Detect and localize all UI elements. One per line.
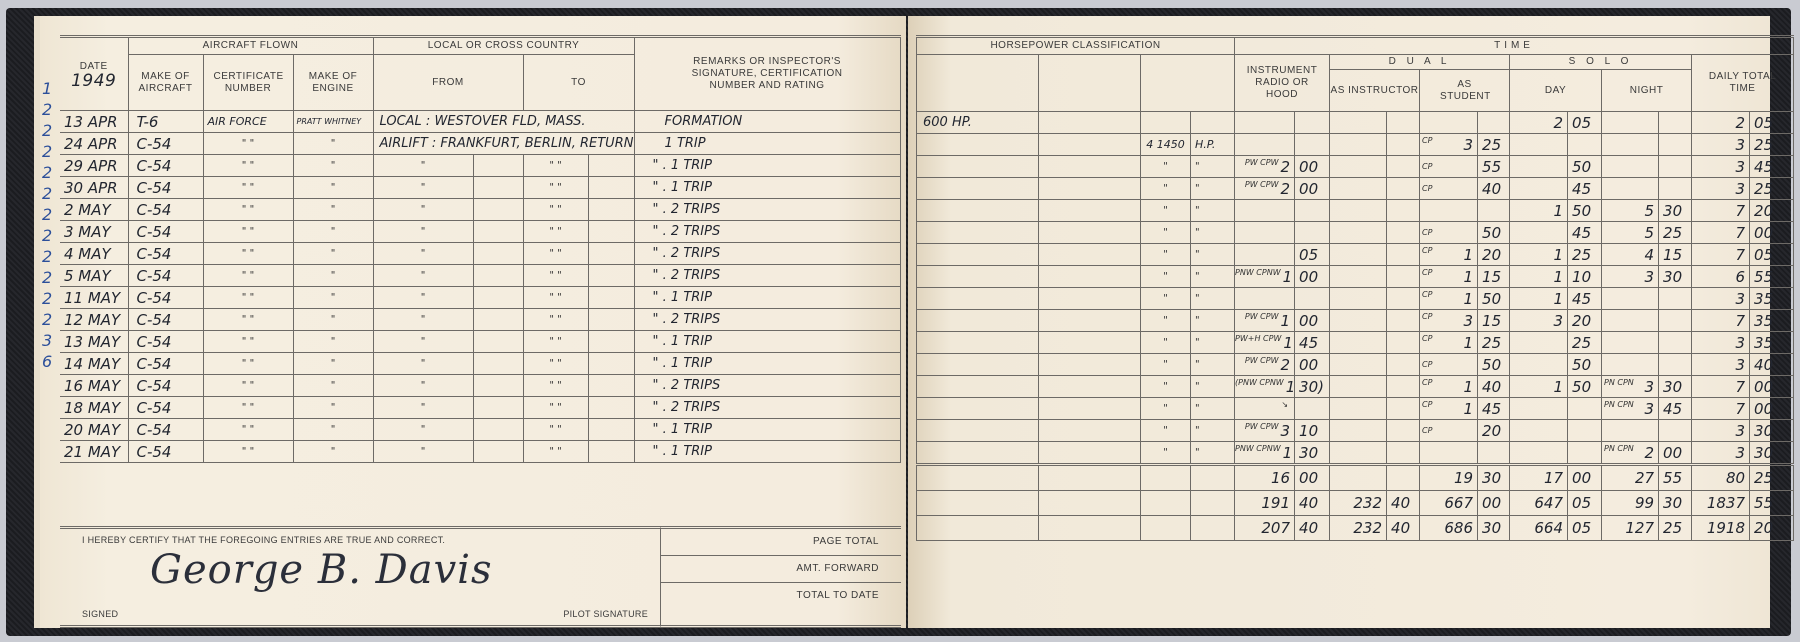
page-total-row: 16001930170027558025 (917, 465, 1794, 491)
total-instructor-minutes: 40 (1387, 491, 1420, 516)
margin-mark: 2 (42, 99, 58, 120)
grand-total-minutes: 20 (1750, 516, 1794, 541)
solo-day-minutes: 45 (1568, 222, 1602, 244)
daily-total-hours: 7 (1692, 310, 1750, 332)
total-student-hours: 19 (1420, 465, 1478, 491)
instructor-minutes (1387, 376, 1420, 398)
total-night-hours: 99 (1602, 491, 1659, 516)
instructor-minutes (1387, 420, 1420, 442)
time-row: ""PNW CPNW130PN CPN200330 (917, 442, 1794, 465)
daily-total-hours: 3 (1692, 354, 1750, 376)
total-instructor-hours: 232 (1330, 491, 1387, 516)
daily-total-minutes: 35 (1750, 288, 1794, 310)
hp-class-2: " (1141, 398, 1191, 420)
from-cell: " (373, 243, 473, 265)
to-cell: " " (523, 155, 588, 177)
instrument-minutes: 00 (1295, 266, 1330, 288)
student-hours: CP1 (1420, 288, 1478, 310)
right-page: HORSEPOWER CLASSIFICATION TIME INSTRUMEN… (908, 16, 1770, 628)
solo-day-minutes (1568, 134, 1602, 156)
student-hours: CP1 (1420, 376, 1478, 398)
student-minutes: 25 (1478, 332, 1510, 354)
to-cell: " " (523, 397, 588, 419)
remarks-cell: FORMATION (634, 111, 900, 133)
total-day-hours: 17 (1510, 465, 1568, 491)
instructor-hours (1330, 112, 1387, 134)
aircraft-cell: C-54 (128, 287, 203, 309)
total-instructor-hours: 232 (1330, 516, 1387, 541)
to-cell: " " (523, 199, 588, 221)
solo-day-hours (1510, 156, 1568, 178)
date-cell: 4 MAY (60, 243, 128, 265)
date-cell: 20 MAY (60, 419, 128, 441)
hp-class-3: " (1191, 288, 1235, 310)
hp-class-1 (917, 200, 1039, 222)
to-cell: " " (523, 221, 588, 243)
margin-mark: 3 (42, 330, 58, 351)
hp-class-2: 4 1450 (1141, 134, 1191, 156)
hp-class-2 (1141, 112, 1191, 134)
to-cell: " " (523, 243, 588, 265)
hp-class-1 (917, 244, 1039, 266)
instrument-hours: ↘ (1235, 398, 1295, 420)
instrument-hours (1235, 222, 1295, 244)
instrument-minutes: 30 (1295, 442, 1330, 465)
solo-day-hours: 1 (1510, 244, 1568, 266)
daily-total-minutes: 00 (1750, 222, 1794, 244)
student-minutes: 20 (1478, 420, 1510, 442)
total-instructor-hours (1330, 465, 1387, 491)
make-of-engine-header: MAKE OF ENGINE (293, 55, 373, 111)
time-row: ""PW CPW200CP5050340 (917, 354, 1794, 376)
engine-cell: " (293, 353, 373, 375)
student-minutes: 50 (1478, 354, 1510, 376)
engine-cell: " (293, 177, 373, 199)
remarks-cell: " . 1 TRIP (634, 155, 900, 177)
from-cell: " (373, 419, 473, 441)
aircraft-cell: C-54 (128, 419, 203, 441)
solo-day-hours (1510, 398, 1568, 420)
to-cell: " " (523, 419, 588, 441)
date-cell: 14 MAY (60, 353, 128, 375)
aircraft-cell: C-54 (128, 243, 203, 265)
horsepower-header: HORSEPOWER CLASSIFICATION (917, 37, 1235, 55)
daily-total-hours: 3 (1692, 442, 1750, 465)
solo-night-minutes: 15 (1659, 244, 1692, 266)
hp-class-1 (917, 332, 1039, 354)
instrument-hours: PW CPW2 (1235, 178, 1295, 200)
solo-night-hours: PN CPN2 (1602, 442, 1659, 465)
from-cell: " (373, 331, 473, 353)
daily-total-minutes: 25 (1750, 134, 1794, 156)
log-row: 30 APRC-54" """" "" . 1 TRIP (60, 177, 900, 199)
time-row: ""PW+H CPW145CP12525335 (917, 332, 1794, 354)
log-row: 21 MAYC-54" """" "" . 1 TRIP (60, 441, 900, 463)
instructor-minutes (1387, 200, 1420, 222)
remarks-cell: " . 2 TRIPS (634, 243, 900, 265)
date-cell: 30 APR (60, 177, 128, 199)
daily-total-minutes: 05 (1750, 244, 1794, 266)
remarks-cell: " . 2 TRIPS (634, 397, 900, 419)
log-row: 11 MAYC-54" """" "" . 1 TRIP (60, 287, 900, 309)
instrument-minutes (1295, 112, 1330, 134)
date-cell: 21 MAY (60, 441, 128, 463)
time-row: ""↘CP145PN CPN345700 (917, 398, 1794, 420)
total-day-hours: 647 (1510, 491, 1568, 516)
total-student-minutes: 00 (1478, 491, 1510, 516)
time-row: ""CP5045525700 (917, 222, 1794, 244)
solo-night-header: NIGHT (1602, 70, 1692, 112)
student-hours: CP3 (1420, 134, 1478, 156)
solo-night-minutes (1659, 332, 1692, 354)
page-total-label: PAGE TOTAL (661, 529, 901, 556)
route-cell: AIRLIFT : FRANKFURT, BERLIN, RETURN. (373, 133, 634, 155)
solo-night-minutes: 25 (1659, 222, 1692, 244)
student-minutes: 55 (1478, 156, 1510, 178)
solo-night-minutes: 30 (1659, 200, 1692, 222)
remarks-cell: " . 1 TRIP (634, 441, 900, 463)
total-instrument-minutes: 40 (1295, 491, 1330, 516)
aircraft-cell: C-54 (128, 155, 203, 177)
margin-marks: 12222222222236 (42, 78, 58, 372)
instrument-hours (1235, 134, 1295, 156)
solo-night-minutes: 30 (1659, 376, 1692, 398)
solo-day-minutes (1568, 442, 1602, 465)
hp-class-2: " (1141, 332, 1191, 354)
hp-class-2: " (1141, 244, 1191, 266)
log-row: 2 MAYC-54" """" "" . 2 TRIPS (60, 199, 900, 221)
solo-night-minutes: 45 (1659, 398, 1692, 420)
daily-total-minutes: 55 (1750, 266, 1794, 288)
solo-day-hours (1510, 442, 1568, 465)
margin-mark: 2 (42, 246, 58, 267)
certificate-cell: " " (203, 177, 293, 199)
instrument-hours: PW+H CPW1 (1235, 332, 1295, 354)
daily-total-hours: 3 (1692, 156, 1750, 178)
totals-labels: PAGE TOTAL AMT. FORWARD TOTAL TO DATE (660, 526, 901, 628)
signed-label: SIGNED (82, 609, 118, 619)
remarks-cell: " . 1 TRIP (634, 331, 900, 353)
to-cell: " " (523, 265, 588, 287)
certificate-cell: " " (203, 331, 293, 353)
total-day-minutes: 00 (1568, 465, 1602, 491)
total-night-hours: 127 (1602, 516, 1659, 541)
solo-night-hours (1602, 420, 1659, 442)
flight-log-left-table: DATE 1949 AIRCRAFT FLOWN LOCAL OR CROSS … (60, 35, 901, 463)
certificate-cell: " " (203, 243, 293, 265)
margin-mark: 2 (42, 267, 58, 288)
solo-day-minutes: 50 (1568, 354, 1602, 376)
daily-total-hours: 3 (1692, 178, 1750, 200)
engine-cell: PRATT WHITNEY (293, 111, 373, 133)
engine-cell: " (293, 199, 373, 221)
hp-class-1 (917, 376, 1039, 398)
hp-class-1 (917, 354, 1039, 376)
instructor-hours (1330, 398, 1387, 420)
from-cell: " (373, 441, 473, 463)
instructor-hours (1330, 376, 1387, 398)
student-hours: CP (1420, 178, 1478, 200)
margin-mark: 2 (42, 309, 58, 330)
total-instrument-minutes: 40 (1295, 516, 1330, 541)
certificate-cell: " " (203, 309, 293, 331)
date-cell: 12 MAY (60, 309, 128, 331)
instructor-hours (1330, 266, 1387, 288)
certificate-cell: " " (203, 419, 293, 441)
certify-statement: I HEREBY CERTIFY THAT THE FOREGOING ENTR… (82, 535, 445, 545)
hp-class-2: " (1141, 156, 1191, 178)
instructor-minutes (1387, 354, 1420, 376)
remarks-cell: " . 2 TRIPS (634, 265, 900, 287)
from-cell: " (373, 287, 473, 309)
instrument-hours: PW CPW2 (1235, 354, 1295, 376)
as-instructor-header: AS INSTRUCTOR (1330, 70, 1420, 112)
total-instrument-hours: 16 (1235, 465, 1295, 491)
hp-class-3 (1191, 112, 1235, 134)
aircraft-cell: C-54 (128, 265, 203, 287)
instructor-minutes (1387, 178, 1420, 200)
student-minutes: 50 (1478, 222, 1510, 244)
total-day-minutes: 05 (1568, 491, 1602, 516)
instrument-header: INSTRUMENT RADIO OR HOOD (1235, 55, 1330, 112)
instrument-minutes: 00 (1295, 310, 1330, 332)
remarks-cell: " . 2 TRIPS (634, 199, 900, 221)
aircraft-cell: C-54 (128, 441, 203, 463)
instrument-hours: PW CPW3 (1235, 420, 1295, 442)
aircraft-flown-header: AIRCRAFT FLOWN (128, 37, 373, 55)
student-minutes: 40 (1478, 178, 1510, 200)
instrument-minutes (1295, 398, 1330, 420)
daily-total-hours: 7 (1692, 222, 1750, 244)
daily-total-minutes: 25 (1750, 178, 1794, 200)
hp-class-3: " (1191, 420, 1235, 442)
engine-cell: " (293, 287, 373, 309)
daily-total-hours: 7 (1692, 376, 1750, 398)
student-hours (1420, 442, 1478, 465)
hp-class-3: " (1191, 156, 1235, 178)
instructor-minutes (1387, 398, 1420, 420)
solo-night-hours (1602, 310, 1659, 332)
hp-class-2: " (1141, 266, 1191, 288)
instructor-hours (1330, 200, 1387, 222)
instrument-minutes (1295, 200, 1330, 222)
hp-class-3: " (1191, 376, 1235, 398)
instrument-minutes: 00 (1295, 178, 1330, 200)
daily-total-hours: 6 (1692, 266, 1750, 288)
remarks-header: REMARKS OR INSPECTOR'S SIGNATURE, CERTIF… (634, 37, 900, 111)
to-cell: " " (523, 177, 588, 199)
certificate-cell: " " (203, 353, 293, 375)
instructor-hours (1330, 332, 1387, 354)
remarks-cell: " . 2 TRIPS (634, 309, 900, 331)
total-day-hours: 664 (1510, 516, 1568, 541)
solo-night-minutes (1659, 288, 1692, 310)
grand-total-hours: 1837 (1692, 491, 1750, 516)
instrument-hours: PW CPW1 (1235, 310, 1295, 332)
student-minutes: 45 (1478, 398, 1510, 420)
aircraft-cell: C-54 (128, 221, 203, 243)
engine-cell: " (293, 133, 373, 155)
aircraft-cell: C-54 (128, 177, 203, 199)
solo-day-minutes (1568, 420, 1602, 442)
log-row: 4 MAYC-54" """" "" . 2 TRIPS (60, 243, 900, 265)
solo-night-hours: 3 (1602, 266, 1659, 288)
solo-night-hours (1602, 354, 1659, 376)
student-minutes (1478, 112, 1510, 134)
hp-class-3: " (1191, 222, 1235, 244)
solo-day-minutes: 50 (1568, 200, 1602, 222)
instrument-minutes (1295, 222, 1330, 244)
log-row: 16 MAYC-54" """" "" . 2 TRIPS (60, 375, 900, 397)
hp-class-1 (917, 178, 1039, 200)
hp-class-1 (917, 420, 1039, 442)
solo-night-hours (1602, 178, 1659, 200)
local-cross-country-header: LOCAL OR CROSS COUNTRY (373, 37, 634, 55)
instructor-minutes (1387, 156, 1420, 178)
solo-night-hours: 5 (1602, 200, 1659, 222)
daily-total-minutes: 45 (1750, 156, 1794, 178)
instrument-minutes: 00 (1295, 354, 1330, 376)
hp-class-3: " (1191, 178, 1235, 200)
total-night-minutes: 55 (1659, 465, 1692, 491)
margin-mark: 2 (42, 162, 58, 183)
total-day-minutes: 05 (1568, 516, 1602, 541)
grand-total-hours: 80 (1692, 465, 1750, 491)
instrument-hours (1235, 288, 1295, 310)
instructor-minutes (1387, 288, 1420, 310)
solo-day-hours: 1 (1510, 288, 1568, 310)
engine-cell: " (293, 397, 373, 419)
date-cell: 13 APR (60, 111, 128, 133)
student-minutes: 15 (1478, 266, 1510, 288)
certificate-cell: " " (203, 199, 293, 221)
remarks-cell: 1 TRIP (634, 133, 900, 155)
student-hours: CP (1420, 222, 1478, 244)
aircraft-cell: C-54 (128, 375, 203, 397)
hp-class-1: 600 HP. (917, 112, 1039, 134)
certificate-number-header: CERTIFICATE NUMBER (203, 55, 293, 111)
instructor-hours (1330, 442, 1387, 465)
date-header: DATE 1949 (60, 37, 128, 111)
student-minutes: 40 (1478, 376, 1510, 398)
engine-cell: " (293, 243, 373, 265)
from-cell: " (373, 155, 473, 177)
solo-day-hours (1510, 178, 1568, 200)
total-instrument-hours: 191 (1235, 491, 1295, 516)
solo-day-minutes (1568, 398, 1602, 420)
daily-total-hours: 7 (1692, 200, 1750, 222)
aircraft-cell: C-54 (128, 331, 203, 353)
instructor-minutes (1387, 442, 1420, 465)
instructor-hours (1330, 354, 1387, 376)
engine-cell: " (293, 265, 373, 287)
aircraft-cell: C-54 (128, 309, 203, 331)
certificate-cell: " " (203, 375, 293, 397)
date-cell: 2 MAY (60, 199, 128, 221)
student-minutes: 50 (1478, 288, 1510, 310)
student-hours (1420, 200, 1478, 222)
solo-day-minutes: 25 (1568, 332, 1602, 354)
total-to-date-label: TOTAL TO DATE (661, 583, 901, 609)
date-cell: 13 MAY (60, 331, 128, 353)
student-hours (1420, 112, 1478, 134)
hp-class-3: " (1191, 244, 1235, 266)
instructor-hours (1330, 134, 1387, 156)
aircraft-cell: C-54 (128, 199, 203, 221)
route-cell: LOCAL : WESTOVER FLD, MASS. (373, 111, 634, 133)
engine-cell: " (293, 441, 373, 463)
total-instrument-minutes: 00 (1295, 465, 1330, 491)
hp-class-1 (917, 288, 1039, 310)
time-row: ""CP150145335 (917, 288, 1794, 310)
instructor-hours (1330, 222, 1387, 244)
engine-cell: " (293, 221, 373, 243)
instructor-minutes (1387, 244, 1420, 266)
remarks-cell: " . 2 TRIPS (634, 221, 900, 243)
time-row: ""150530720 (917, 200, 1794, 222)
solo-day-minutes: 25 (1568, 244, 1602, 266)
engine-cell: " (293, 331, 373, 353)
log-row: 13 APRT-6AIR FORCEPRATT WHITNEYLOCAL : W… (60, 111, 900, 133)
engine-cell: " (293, 375, 373, 397)
log-row: 12 MAYC-54" """" "" . 2 TRIPS (60, 309, 900, 331)
solo-night-hours: 5 (1602, 222, 1659, 244)
total-student-minutes: 30 (1478, 516, 1510, 541)
time-row: ""PW CPW200CP5550345 (917, 156, 1794, 178)
instrument-hours (1235, 244, 1295, 266)
total-instructor-minutes: 40 (1387, 516, 1420, 541)
hp-class-1 (917, 310, 1039, 332)
engine-cell: " (293, 419, 373, 441)
margin-mark: 2 (42, 225, 58, 246)
from-cell: " (373, 375, 473, 397)
time-row: ""PNW CPNW100CP115110330655 (917, 266, 1794, 288)
student-hours: CP1 (1420, 266, 1478, 288)
solo-night-hours: PN CPN3 (1602, 376, 1659, 398)
hp-class-2: " (1141, 376, 1191, 398)
instructor-hours (1330, 310, 1387, 332)
remarks-cell: " . 1 TRIP (634, 177, 900, 199)
solo-day-hours (1510, 420, 1568, 442)
total-night-minutes: 30 (1659, 491, 1692, 516)
hp-class-3: " (1191, 442, 1235, 465)
to-cell: " " (523, 287, 588, 309)
log-row: 18 MAYC-54" """" "" . 2 TRIPS (60, 397, 900, 419)
date-cell: 29 APR (60, 155, 128, 177)
hp-class-1 (917, 442, 1039, 465)
time-row: ""PW CPW200CP4045325 (917, 178, 1794, 200)
to-header: TO (523, 55, 634, 111)
as-student-header: AS STUDENT (1420, 70, 1510, 112)
remarks-cell: " . 1 TRIP (634, 419, 900, 441)
total-instrument-hours: 207 (1235, 516, 1295, 541)
student-hours: CP (1420, 156, 1478, 178)
margin-mark: 2 (42, 288, 58, 309)
instructor-hours (1330, 178, 1387, 200)
from-cell: " (373, 199, 473, 221)
student-minutes: 15 (1478, 310, 1510, 332)
hp-class-1 (917, 398, 1039, 420)
certificate-cell: " " (203, 441, 293, 463)
hp-class-1 (917, 156, 1039, 178)
solo-night-hours (1602, 156, 1659, 178)
time-row: ""PW CPW310CP20330 (917, 420, 1794, 442)
daily-total-hours: 3 (1692, 288, 1750, 310)
daily-total-minutes: 30 (1750, 442, 1794, 465)
year: 1949 (60, 75, 128, 87)
to-cell: " " (523, 353, 588, 375)
log-row: 5 MAYC-54" """" "" . 2 TRIPS (60, 265, 900, 287)
